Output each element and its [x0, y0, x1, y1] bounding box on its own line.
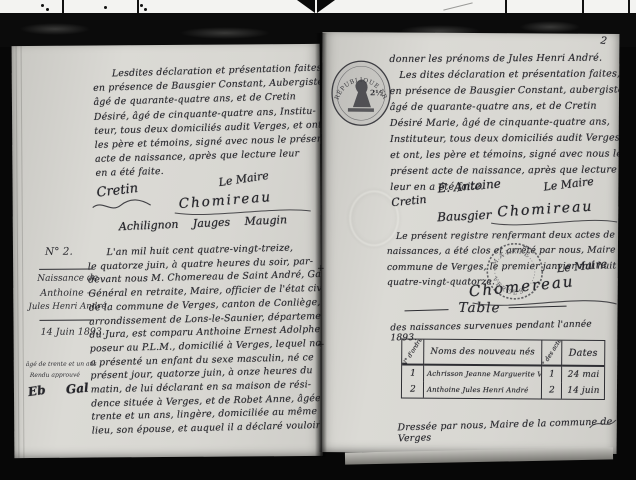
left-page: Lesdites déclaration et présentation fai… — [12, 44, 323, 458]
page-edge-line — [16, 46, 20, 458]
strip-divider — [62, 0, 64, 13]
strip-mark — [140, 4, 143, 7]
frame-marker-triangle-right — [317, 0, 335, 13]
fiscal-stamp: RÉPUBLIQUE FRANÇAISE 2½ — [329, 59, 393, 127]
table-cell-name: Achrisson Jeanne Marguerite Valentine — [424, 366, 542, 383]
witness-signatures: Achilignon Jauges Maugin — [119, 213, 288, 233]
film-smudge — [180, 27, 270, 39]
text-line: en présence de Bausgier Constant, auberg… — [390, 82, 619, 100]
title-dash — [405, 309, 449, 311]
header-label: Noms des nouveau nés — [431, 347, 535, 358]
table-cell-date: 24 mai — [562, 367, 604, 383]
right-page: 2 RÉPUBLIQUE FRANÇAISE 2½ donner les pré… — [320, 32, 620, 454]
strip-divider — [137, 0, 139, 13]
gutter-mark: + — [317, 265, 325, 273]
film-scratch — [443, 2, 472, 10]
book-gutter: + + — [315, 33, 327, 457]
margin-note-small: âgé de trente et un ans — [26, 360, 97, 367]
margin-paraph: Eb — [27, 383, 46, 399]
svg-text:2½: 2½ — [370, 88, 383, 97]
header-label: N° d'ordre — [402, 340, 424, 366]
gutter-mark: + — [317, 341, 325, 349]
table-header-names: Noms des nouveau nés — [424, 340, 542, 367]
text-line: et ont, les père et témoins, signé avec … — [390, 146, 619, 164]
margin-act-number: N° 2. — [45, 246, 73, 258]
declaration-paragraph: donner les prénoms de Jules Henri André.… — [389, 50, 619, 196]
header-label: N° des actes — [542, 341, 562, 367]
table-header-act-no: N° des actes — [542, 341, 562, 367]
strip-divider — [582, 0, 584, 13]
film-smudge — [20, 23, 90, 35]
margin-note-small: Rendu approuvé — [30, 372, 80, 379]
table-cell-act-no: 2 — [542, 383, 562, 399]
text-line: Instituteur, tous deux domiciliés audit … — [390, 130, 619, 148]
signature-cretin: Cretin — [391, 193, 427, 209]
strip-mark — [104, 6, 107, 9]
page-number: 2 — [600, 36, 608, 48]
svg-text:MAIRIE: MAIRIE — [490, 247, 533, 267]
signature-flourish — [91, 197, 153, 213]
film-smudge — [520, 21, 580, 33]
table-cell-act-no: 1 — [542, 367, 562, 383]
strip-mark — [46, 8, 49, 11]
footer-flourish — [588, 416, 618, 432]
header-label: Dates — [569, 347, 598, 358]
signature-bausgier: Bausgier — [437, 208, 492, 224]
text-line: Désiré Marie, âgé de cinquante-quatre an… — [390, 114, 619, 132]
table-title: Table — [458, 300, 500, 316]
births-table: N° d'ordre Noms des nouveau nés N° des a… — [401, 339, 605, 400]
microfilm-scan: Lesdites déclaration et présentation fai… — [0, 0, 636, 480]
page-edge-line — [21, 46, 25, 458]
text-line: donner les prénoms de Jules Henri André. — [389, 50, 618, 68]
strip-mark — [144, 8, 147, 11]
table-cell-date: 14 juin — [562, 383, 604, 399]
table-cell-order: 2 — [402, 382, 424, 398]
text-line: âgé de quarante-quatre ans, et de Cretin — [390, 98, 619, 116]
text-line: Les dites déclaration et présentation fa… — [389, 66, 618, 84]
table-cell-order: 1 — [402, 366, 424, 382]
table-footer-line: Dressée par nous, Maire de la commune de… — [397, 416, 617, 444]
frame-marker-triangle-left — [297, 0, 315, 13]
film-strip — [0, 0, 636, 13]
margin-paraph: Gal — [65, 381, 89, 397]
table-header-dates: Dates — [562, 341, 604, 367]
table-cell-name: Anthoine Jules Henri André — [424, 382, 542, 399]
table-header-order: N° d'ordre — [402, 340, 424, 366]
margin-rule — [39, 320, 93, 321]
strip-divider — [505, 0, 507, 13]
declaration-paragraph: Lesdites déclaration et présentation fai… — [93, 62, 322, 182]
strip-divider — [628, 0, 630, 13]
margin-rule — [39, 269, 93, 270]
birth-act-paragraph: L'an mil huit cent quatre-vingt-treize,l… — [87, 241, 322, 438]
strip-mark — [41, 4, 44, 7]
